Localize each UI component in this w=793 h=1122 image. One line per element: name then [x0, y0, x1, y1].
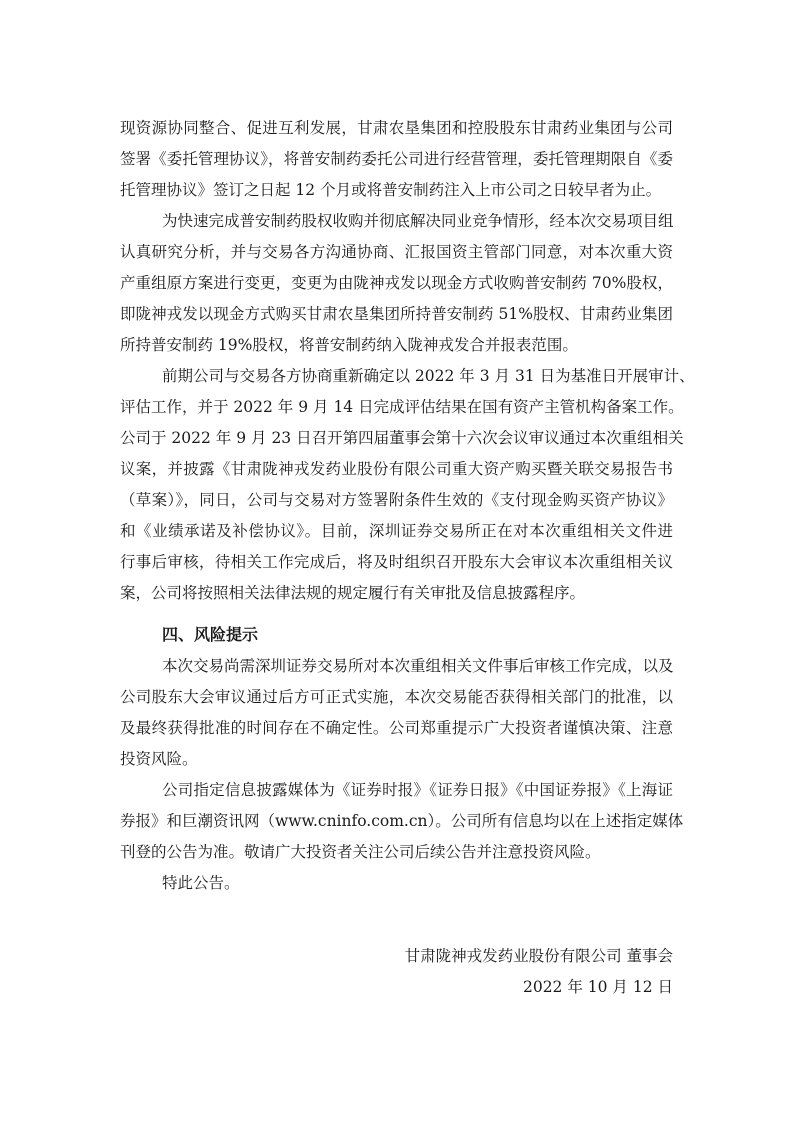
text-line: 所持普安制药 19%股权，将普安制药纳入陇神戎发合并报表范围。	[120, 334, 673, 356]
text-line: 及最终获得批准的时间存在不确定性。公司郑重提示广大投资者谨慎决策、注意	[120, 717, 673, 739]
text-line: 行事后审核，待相关工作完成后，将及时组织召开股东大会审议本次重组相关议	[120, 551, 673, 573]
text-line: 即陇神戎发以现金方式购买甘肃农垦集团所持普安制药 51%股权、甘肃药业集团	[120, 303, 673, 325]
text-line: 签署《委托管理协议》，将普安制药委托公司进行经营管理，委托管理期限自《委	[120, 148, 673, 170]
text-line: 投资风险。	[120, 748, 673, 770]
text-line: 前期公司与交易各方协商重新确定以 2022 年 3 月 31 日为基准日开展审计…	[162, 365, 673, 387]
text-line: 产重组原方案进行变更，变更为由陇神戎发以现金方式收购普安制药 70%股权，	[120, 272, 673, 294]
text-line: 和《业绩承诺及补偿协议》。目前，深圳证券交易所正在对本次重组相关文件进	[120, 520, 673, 542]
section-heading-risk: 四、风险提示	[162, 624, 258, 646]
text-line: 公司于 2022 年 9 月 23 日召开第四届董事会第十六次会议审议通过本次重…	[120, 427, 673, 449]
text-line: 公司指定信息披露媒体为《证券时报》《证券日报》《中国证券报》《上海证	[162, 779, 673, 801]
text-line: 刊登的公告为准。敬请广大投资者关注公司后续公告并注意投资风险。	[120, 841, 673, 863]
closing-statement: 特此公告。	[162, 872, 673, 894]
signature-date: 2022 年 10 月 12 日	[523, 976, 673, 998]
text-line: 托管理协议》签订之日起 12 个月或将普安制药注入上市公司之日较早者为止。	[120, 179, 673, 201]
text-line: 认真研究分析，并与交易各方沟通协商、汇报国资主管部门同意，对本次重大资	[120, 241, 673, 263]
text-line: 现资源协同整合、促进互利发展，甘肃农垦集团和控股股东甘肃药业集团与公司	[120, 117, 673, 139]
text-line: 案，公司将按照相关法律法规的规定履行有关审批及信息披露程序。	[120, 582, 673, 604]
text-line: 券报》和巨潮资讯网（www.cninfo.com.cn）。公司所有信息均以在上述…	[120, 810, 673, 832]
text-line: 公司股东大会审议通过后方可正式实施，本次交易能否获得相关部门的批准，以	[120, 686, 673, 708]
text-line: 为快速完成普安制药股权收购并彻底解决同业竞争情形，经本次交易项目组	[162, 210, 673, 232]
signature-issuer: 甘肃陇神戎发药业股份有限公司 董事会	[405, 945, 673, 967]
text-line: 议案，并披露《甘肃陇神戎发药业股份有限公司重大资产购买暨关联交易报告书	[120, 458, 673, 480]
text-line: 本次交易尚需深圳证券交易所对本次重组相关文件事后审核工作完成，以及	[162, 655, 673, 677]
text-line: （草案）》，同日，公司与交易对方签署附条件生效的《支付现金购买资产协议》	[120, 489, 673, 511]
document-page: 现资源协同整合、促进互利发展，甘肃农垦集团和控股股东甘肃药业集团与公司 签署《委…	[0, 0, 793, 1122]
text-line: 评估工作，并于 2022 年 9 月 14 日完成评估结果在国有资产主管机构备案…	[120, 396, 673, 418]
